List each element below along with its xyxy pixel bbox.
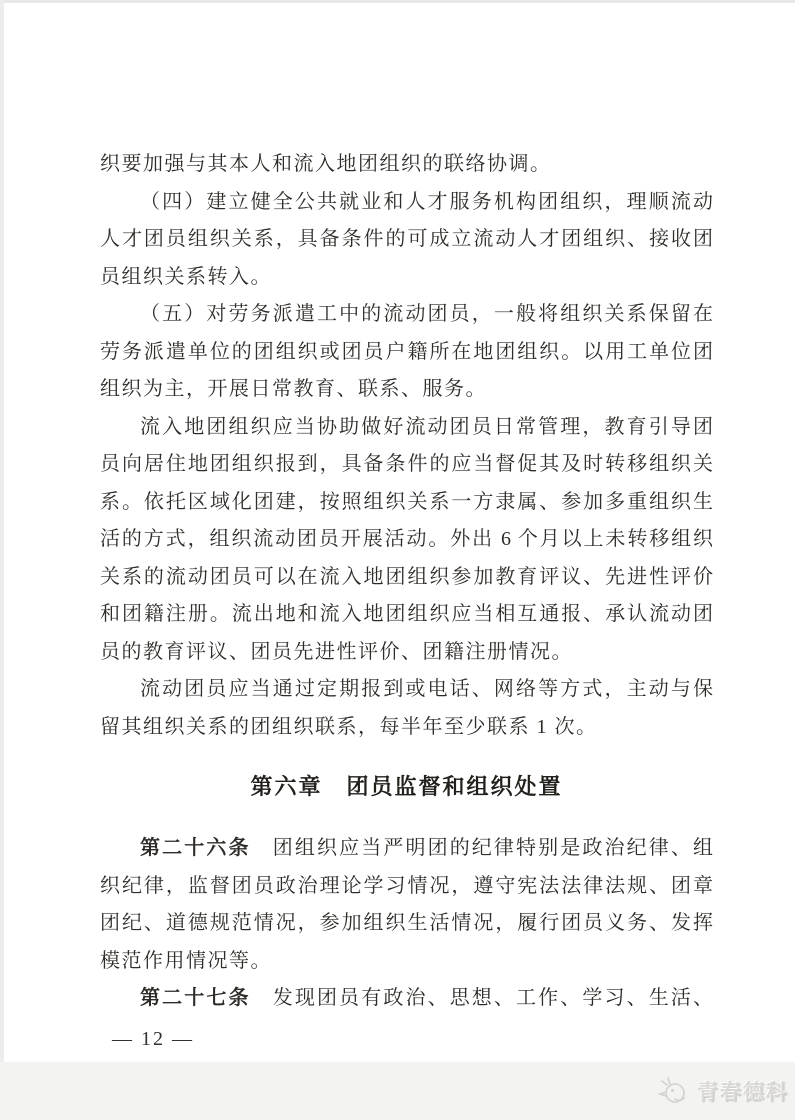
text-line: 员的教育评议、团员先进性评价、团籍注册情况。 xyxy=(100,634,713,672)
page-number: — 12 — xyxy=(112,1028,194,1051)
text-line: 模范作用情况等。 xyxy=(100,943,713,981)
text-line: 织要加强与其本人和流入地团组织的联络协调。 xyxy=(100,146,713,184)
chapter-heading: 第六章 团员监督和组织处置 xyxy=(100,766,713,808)
document-page: 织要加强与其本人和流入地团组织的联络协调。 （四）建立健全公共就业和人才服务机构… xyxy=(0,0,795,1120)
article-text: 发现团员有政治、思想、工作、学习、生活、 xyxy=(251,987,713,1009)
text-line: 第二十七条 发现团员有政治、思想、工作、学习、生活、 xyxy=(100,980,713,1018)
text-line: 劳务派遣单位的团组织或团员户籍所在地团组织。以用工单位团 xyxy=(100,334,713,372)
document-body: 织要加强与其本人和流入地团组织的联络协调。 （四）建立健全公共就业和人才服务机构… xyxy=(100,146,713,1018)
text-line: 人才团员组织关系，具备条件的可成立流动人才团组织、接收团 xyxy=(100,221,713,259)
text-line: 员向居住地团组织报到，具备条件的应当督促其及时转移组织关 xyxy=(100,446,713,484)
doodle-bird-icon xyxy=(655,1075,691,1107)
text-line: 和团籍注册。流出地和流入地团组织应当相互通报、承认流动团 xyxy=(100,596,713,634)
text-line: （四）建立健全公共就业和人才服务机构团组织，理顺流动 xyxy=(100,184,713,222)
article-number: 第二十六条 xyxy=(140,837,251,859)
text-line: 关系的流动团员可以在流入地团组织参加教育评议、先进性评价 xyxy=(100,559,713,597)
article-number: 第二十七条 xyxy=(140,987,251,1009)
text-line: 第二十六条 团组织应当严明团的纪律特别是政治纪律、组 xyxy=(100,830,713,868)
text-line: （五）对劳务派遣工中的流动团员，一般将组织关系保留在 xyxy=(100,296,713,334)
text-line: 流动团员应当通过定期报到或电话、网络等方式，主动与保 xyxy=(100,671,713,709)
text-line: 活的方式，组织流动团员开展活动。外出 6 个月以上未转移组织 xyxy=(100,521,713,559)
text-line: 员组织关系转入。 xyxy=(100,259,713,297)
text-line: 系。依托区域化团建，按照组织关系一方隶属、参加多重组织生 xyxy=(100,484,713,522)
scan-left-edge xyxy=(0,0,4,1066)
text-line: 团纪、道德规范情况，参加组织生活情况，履行团员义务、发挥 xyxy=(100,905,713,943)
scan-top-edge xyxy=(0,0,795,3)
text-line: 织纪律，监督团员政治理论学习情况，遵守宪法法律法规、团章 xyxy=(100,868,713,906)
text-line: 留其组织关系的团组织联系，每半年至少联系 1 次。 xyxy=(100,709,713,747)
text-line: 流入地团组织应当协助做好流动团员日常管理，教育引导团 xyxy=(100,409,713,447)
brand-name: 青春德科 xyxy=(697,1076,789,1106)
text-line: 组织为主，开展日常教育、联系、服务。 xyxy=(100,371,713,409)
watermark-footer: 青春德科 xyxy=(0,1062,795,1120)
article-text: 团组织应当严明团的纪律特别是政治纪律、组 xyxy=(251,837,713,859)
